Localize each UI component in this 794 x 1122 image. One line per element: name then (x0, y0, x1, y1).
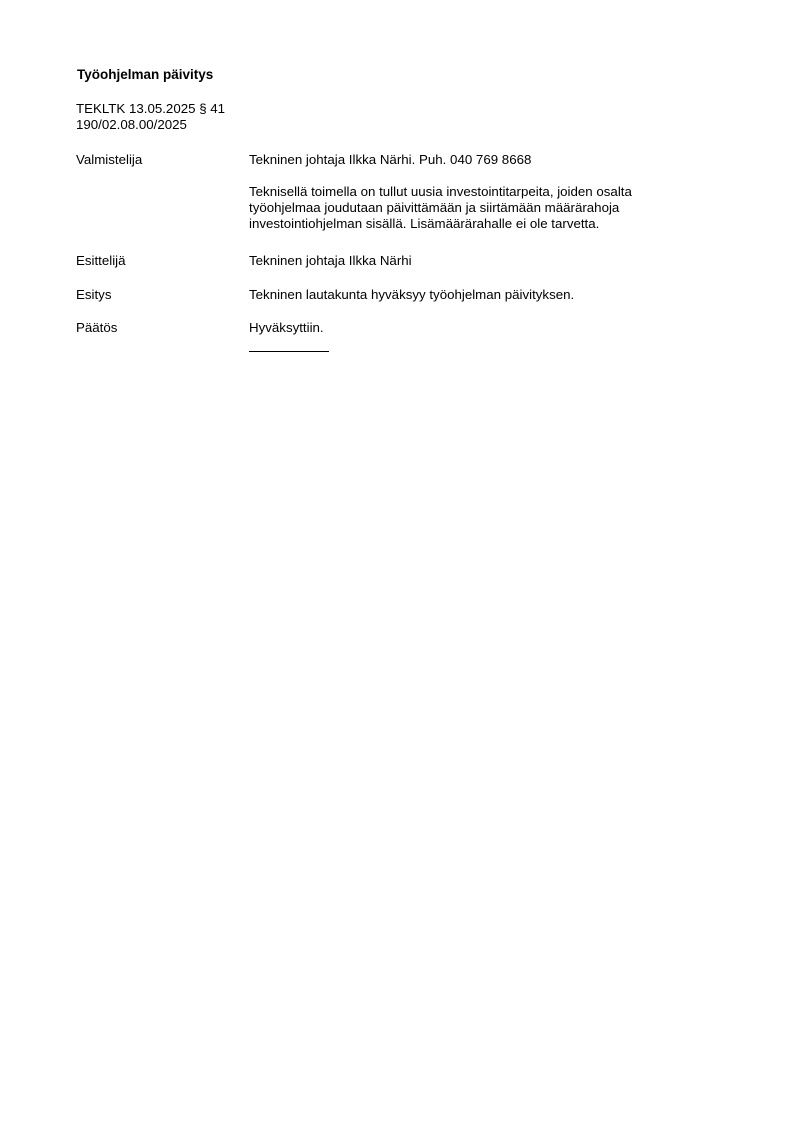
section-label: Valmistelija (76, 152, 246, 168)
section-label: Esitys (76, 287, 246, 303)
section-value: Tekninen johtaja Ilkka Närhi (249, 253, 709, 269)
document-page: Työohjelman päivitys TEKLTK 13.05.2025 §… (0, 0, 794, 1122)
section-value: Tekninen lautakunta hyväksyy työohjelman… (249, 287, 709, 303)
presenter-text: Tekninen johtaja Ilkka Närhi (249, 253, 709, 269)
end-divider (249, 351, 329, 352)
section-label: Esittelijä (76, 253, 246, 269)
section-label: Päätös (76, 320, 246, 336)
document-title: Työohjelman päivitys (77, 67, 213, 83)
preparer-text: Tekninen johtaja Ilkka Närhi. Puh. 040 7… (249, 152, 709, 168)
record-id: 190/02.08.00/2025 (76, 117, 225, 133)
section-value: Tekninen johtaja Ilkka Närhi. Puh. 040 7… (249, 152, 709, 232)
reference-block: TEKLTK 13.05.2025 § 41 190/02.08.00/2025 (76, 101, 225, 133)
preparation-description: Teknisellä toimella on tullut uusia inve… (249, 184, 689, 232)
decision-text: Hyväksyttiin. (249, 320, 709, 336)
section-value: Hyväksyttiin. (249, 320, 709, 336)
proposal-text: Tekninen lautakunta hyväksyy työohjelman… (249, 287, 709, 303)
meeting-reference: TEKLTK 13.05.2025 § 41 (76, 101, 225, 117)
